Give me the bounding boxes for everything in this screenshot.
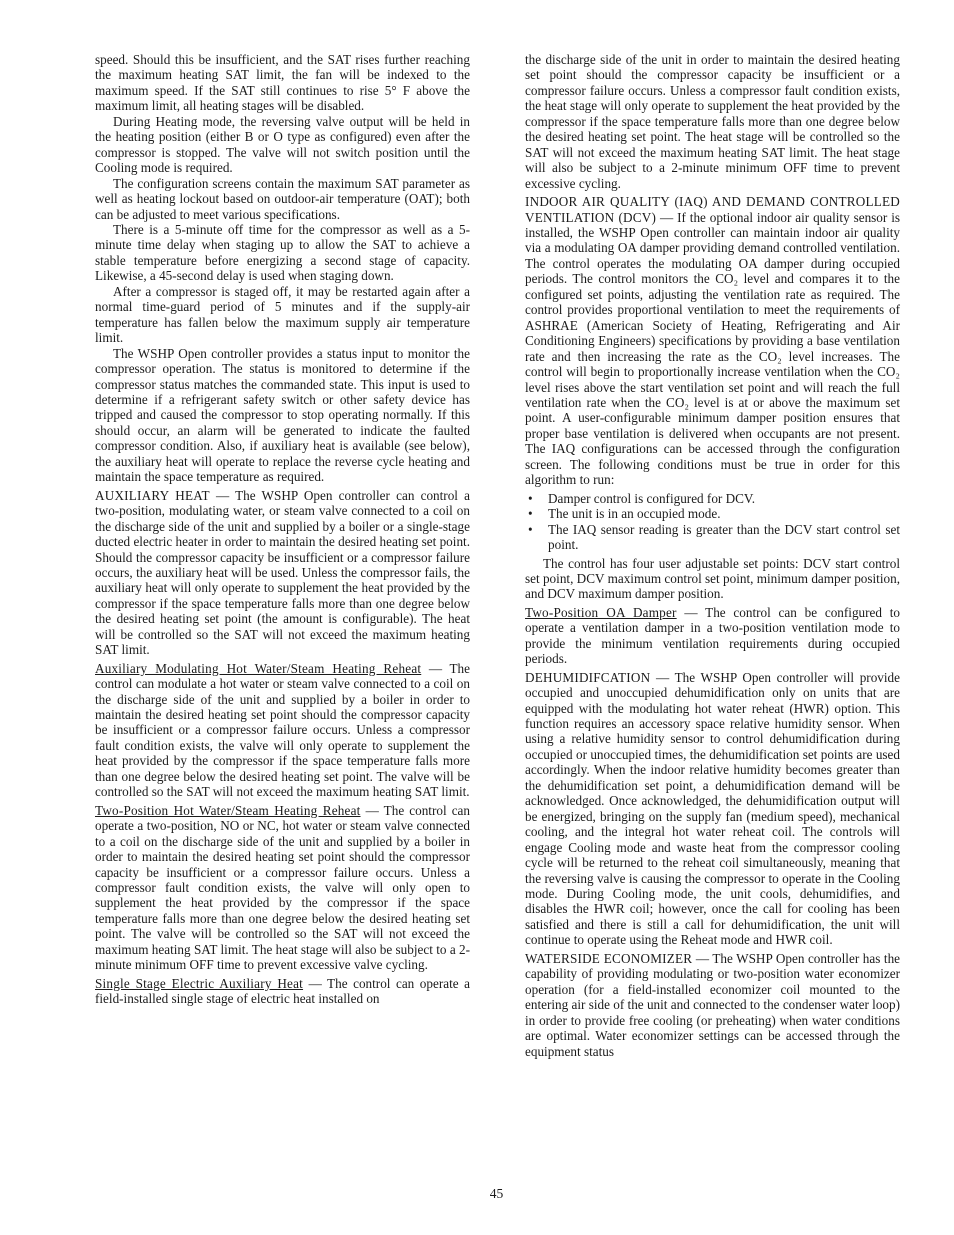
section-heading-two-position-oa-damper: Two-Position OA Damper xyxy=(525,605,677,620)
section-dehumidification: DEHUMIDIFCATION — The WSHP Open controll… xyxy=(525,670,900,948)
list-item-text: The IAQ sensor reading is greater than t… xyxy=(548,522,900,553)
manual-page: speed. Should this be insufficient, and … xyxy=(0,0,954,1235)
section-body-auxiliary-heat: — The WSHP Open controller can control a… xyxy=(95,488,470,658)
paragraph-config-screens: The configuration screens contain the ma… xyxy=(95,176,470,222)
section-iaq-dcv: INDOOR AIR QUALITY (IAQ) AND DEMAND CONT… xyxy=(525,194,900,488)
section-two-position-oa-damper: Two-Position OA Damper — The control can… xyxy=(525,605,900,667)
section-body-waterside-economizer: — The WSHP Open controller has the capab… xyxy=(525,951,900,1059)
paragraph-status-input: The WSHP Open controller provides a stat… xyxy=(95,346,470,485)
bullet-icon: • xyxy=(525,491,548,506)
section-heading-auxiliary-heat: AUXILIARY HEAT xyxy=(95,488,210,503)
section-heading-waterside-economizer: WATERSIDE ECONOMIZER xyxy=(525,951,692,966)
section-two-position-reheat: Two-Position Hot Water/Steam Heating Reh… xyxy=(95,803,470,973)
section-heading-two-position-reheat: Two-Position Hot Water/Steam Heating Reh… xyxy=(95,803,361,818)
section-heading-aux-modulating-reheat: Auxiliary Modulating Hot Water/Steam Hea… xyxy=(95,661,421,676)
list-item: • The IAQ sensor reading is greater than… xyxy=(525,522,900,553)
section-heading-dehumidification: DEHUMIDIFCATION xyxy=(525,670,650,685)
section-body-aux-modulating-reheat: — The control can modulate a hot water o… xyxy=(95,661,470,800)
text-columns: speed. Should this be insufficient, and … xyxy=(95,52,900,1059)
paragraph-compressor-restart: After a compressor is staged off, it may… xyxy=(95,284,470,346)
section-auxiliary-heat: AUXILIARY HEAT — The WSHP Open controlle… xyxy=(95,488,470,658)
paragraph-discharge-continuation: the discharge side of the unit in order … xyxy=(525,52,900,191)
paragraph-staging-delays: There is a 5-minute off time for the com… xyxy=(95,222,470,284)
page-number: 45 xyxy=(95,1186,898,1201)
section-single-stage-electric: Single Stage Electric Auxiliary Heat — T… xyxy=(95,976,470,1007)
paragraph-speed-continuation: speed. Should this be insufficient, and … xyxy=(95,52,470,114)
section-body-two-position-reheat: — The control can operate a two-position… xyxy=(95,803,470,973)
right-column: the discharge side of the unit in order … xyxy=(525,52,900,1059)
section-heading-single-stage-electric: Single Stage Electric Auxiliary Heat xyxy=(95,976,303,991)
list-item: • Damper control is configured for DCV. xyxy=(525,491,900,506)
dcv-conditions-list: • Damper control is configured for DCV. … xyxy=(525,491,900,553)
list-item-text: The unit is in an occupied mode. xyxy=(548,506,900,521)
section-body-iaq-dcv: — If the optional indoor air quality sen… xyxy=(525,210,900,488)
list-item: • The unit is in an occupied mode. xyxy=(525,506,900,521)
bullet-icon: • xyxy=(525,522,548,553)
section-body-dehumidification: — The WSHP Open controller will provide … xyxy=(525,670,900,948)
paragraph-during-heating: During Heating mode, the reversing valve… xyxy=(95,114,470,176)
section-aux-modulating-reheat: Auxiliary Modulating Hot Water/Steam Hea… xyxy=(95,661,470,800)
section-waterside-economizer: WATERSIDE ECONOMIZER — The WSHP Open con… xyxy=(525,951,900,1059)
left-column: speed. Should this be insufficient, and … xyxy=(95,52,470,1059)
paragraph-set-points: The control has four user adjustable set… xyxy=(525,556,900,602)
bullet-icon: • xyxy=(525,506,548,521)
list-item-text: Damper control is configured for DCV. xyxy=(548,491,900,506)
